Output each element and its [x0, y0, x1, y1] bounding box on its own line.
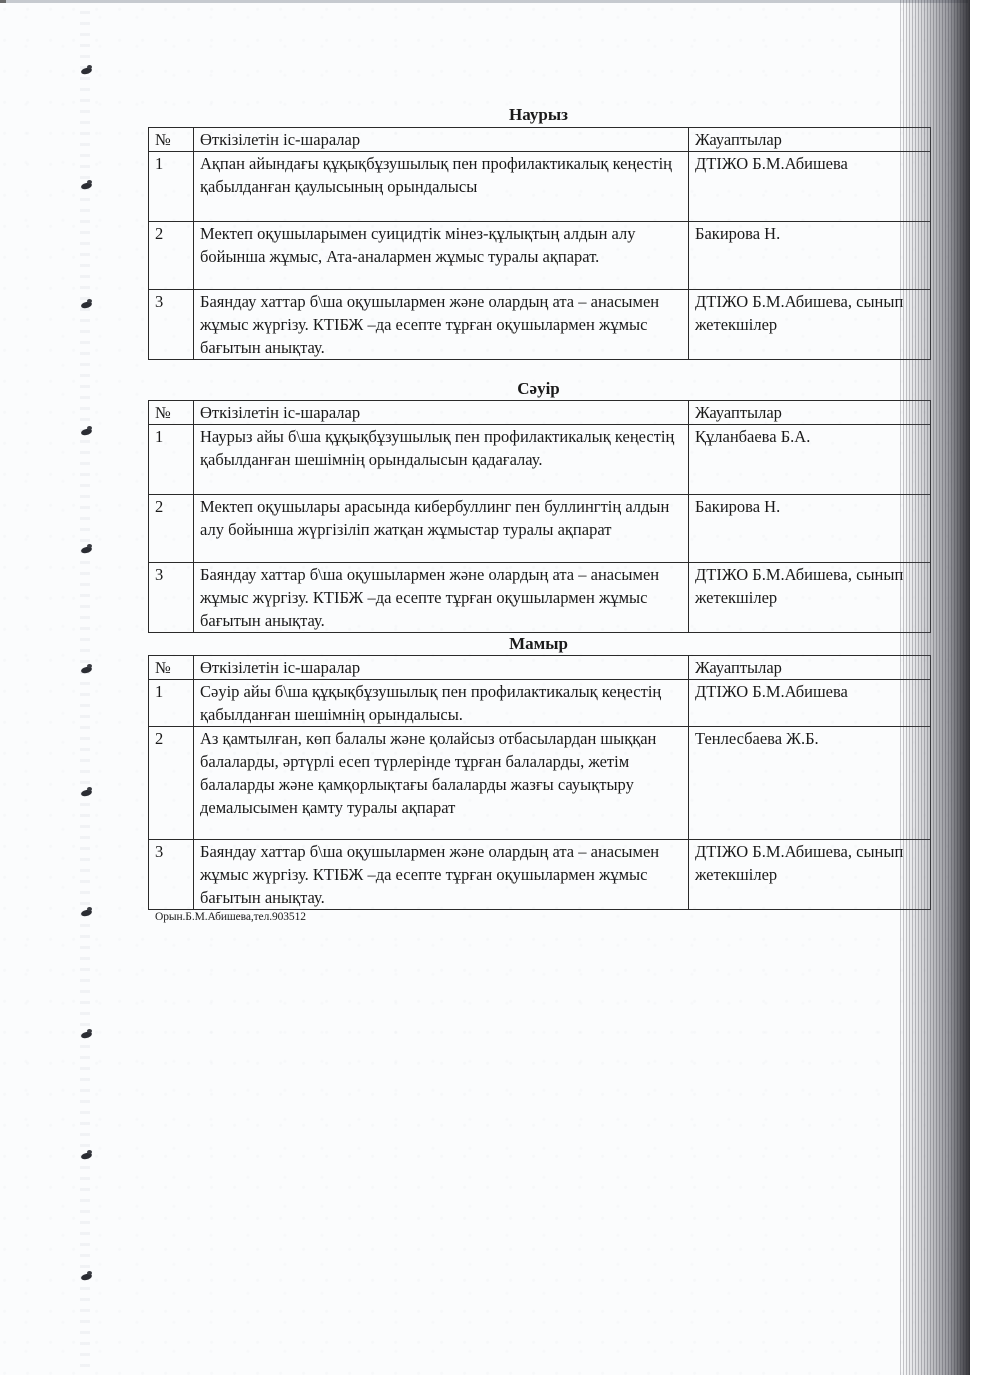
binder-hole-icon [79, 1151, 93, 1160]
binder-hole-icon [79, 545, 93, 554]
header-activity: Өткізілетін іс-шаралар [194, 401, 689, 425]
scan-top-edge [0, 0, 968, 3]
table-row: 3 Баяндау хаттар б\ша оқушылармен және о… [149, 563, 931, 633]
row-number: 1 [149, 680, 194, 727]
row-activity: Сәуір айы б\ша құқықбұзушылық пен профил… [194, 680, 689, 727]
row-responsible: ДТІЖО Б.М.Абишева [689, 152, 931, 222]
row-activity: Мектеп оқушылары арасында кибербуллинг п… [194, 495, 689, 563]
table-header-row: № Өткізілетін іс-шаралар Жауаптылар [149, 656, 931, 680]
binder-hole-icon [79, 788, 93, 797]
scan-edge-shadow [900, 0, 970, 1375]
table-row: 3 Баяндау хаттар б\ша оқушылармен және о… [149, 840, 931, 910]
row-number: 2 [149, 495, 194, 563]
section-title-april: Сәуір [148, 379, 929, 399]
row-responsible: Бакирова Н. [689, 495, 931, 563]
binder-margin [80, 0, 90, 1375]
binder-hole-icon [79, 66, 93, 75]
header-responsible: Жауаптылар [689, 656, 931, 680]
row-number: 2 [149, 727, 194, 840]
row-activity: Баяндау хаттар б\ша оқушылармен және ола… [194, 563, 689, 633]
row-number: 3 [149, 840, 194, 910]
table-row: 2 Мектеп оқушыларымен суицидтік мінез-құ… [149, 222, 931, 290]
row-number: 1 [149, 152, 194, 222]
table-row: 2 Мектеп оқушылары арасында кибербуллинг… [149, 495, 931, 563]
table-header-row: № Өткізілетін іс-шаралар Жауаптылар [149, 128, 931, 152]
header-number: № [149, 656, 194, 680]
header-responsible: Жауаптылар [689, 401, 931, 425]
binder-hole-icon [79, 181, 93, 190]
plan-table-march: № Өткізілетін іс-шаралар Жауаптылар 1 Ақ… [148, 127, 931, 360]
row-activity: Аз қамтылған, көп балалы және қолайсыз о… [194, 727, 689, 840]
binder-hole-icon [79, 665, 93, 674]
binder-hole-icon [79, 300, 93, 309]
row-activity: Баяндау хаттар б\ша оқушылармен және ола… [194, 840, 689, 910]
binder-hole-icon [79, 908, 93, 917]
row-number: 3 [149, 290, 194, 360]
row-responsible: Құланбаева Б.А. [689, 425, 931, 495]
row-responsible: Бакирова Н. [689, 222, 931, 290]
table-row: 3 Баяндау хаттар б\ша оқушылармен және о… [149, 290, 931, 360]
plan-table-april: № Өткізілетін іс-шаралар Жауаптылар 1 На… [148, 400, 931, 633]
binder-hole-icon [79, 427, 93, 436]
row-responsible: ДТІЖО Б.М.Абишева, сынып жетекшілер [689, 840, 931, 910]
header-number: № [149, 401, 194, 425]
row-number: 3 [149, 563, 194, 633]
row-activity: Ақпан айындағы құқықбұзушылық пен профил… [194, 152, 689, 222]
table-row: 1 Наурыз айы б\ша құқықбұзушылық пен про… [149, 425, 931, 495]
table-header-row: № Өткізілетін іс-шаралар Жауаптылар [149, 401, 931, 425]
row-number: 1 [149, 425, 194, 495]
header-responsible: Жауаптылар [689, 128, 931, 152]
row-activity: Наурыз айы б\ша құқықбұзушылық пен профи… [194, 425, 689, 495]
table-row: 1 Ақпан айындағы құқықбұзушылық пен проф… [149, 152, 931, 222]
row-responsible: Тенлесбаева Ж.Б. [689, 727, 931, 840]
row-number: 2 [149, 222, 194, 290]
row-activity: Мектеп оқушыларымен суицидтік мінез-құлы… [194, 222, 689, 290]
header-number: № [149, 128, 194, 152]
table-row: 2 Аз қамтылған, көп балалы және қолайсыз… [149, 727, 931, 840]
footer-note: Орын.Б.М.Абишева,тел.903512 [155, 909, 306, 925]
scan-margin [970, 0, 1000, 1375]
header-activity: Өткізілетін іс-шаралар [194, 656, 689, 680]
plan-table-may: № Өткізілетін іс-шаралар Жауаптылар 1 Сә… [148, 655, 931, 910]
binder-hole-icon [79, 1030, 93, 1039]
table-row: 1 Сәуір айы б\ша құқықбұзушылық пен проф… [149, 680, 931, 727]
header-activity: Өткізілетін іс-шаралар [194, 128, 689, 152]
row-responsible: ДТІЖО Б.М.Абишева, сынып жетекшілер [689, 290, 931, 360]
row-responsible: ДТІЖО Б.М.Абишева, сынып жетекшілер [689, 563, 931, 633]
row-activity: Баяндау хаттар б\ша оқушылармен және ола… [194, 290, 689, 360]
section-title-march: Наурыз [148, 105, 929, 125]
binder-hole-icon [79, 1272, 93, 1281]
row-responsible: ДТІЖО Б.М.Абишева [689, 680, 931, 727]
section-title-may: Мамыр [148, 634, 929, 654]
